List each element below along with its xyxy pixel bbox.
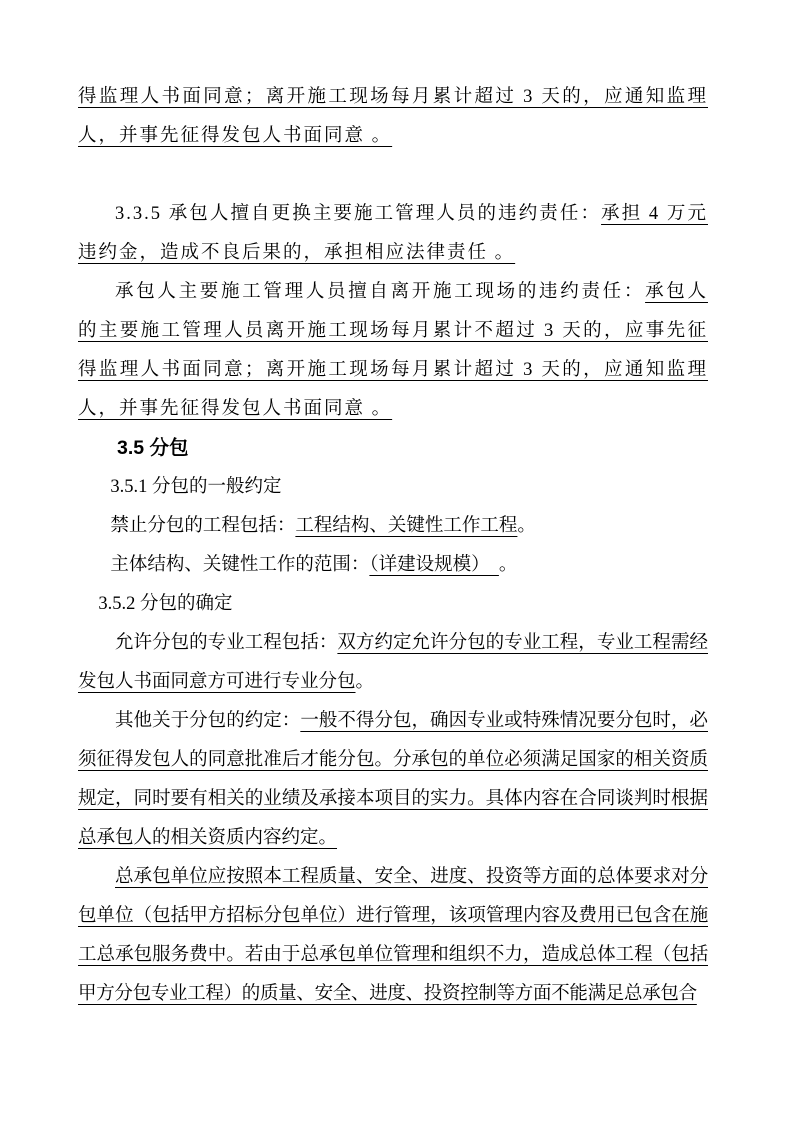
clause-text: 3.5 分包 xyxy=(117,437,189,459)
clause-general-contractor-management: 总承包单位应按照本工程质量、安全、进度、投资等方面的总体要求对分包单位（包括甲方… xyxy=(78,858,708,1014)
clause-other-subcontract-rules: 其他关于分包的约定：一般不得分包，确因专业或特殊情况要分包时，必须征得发包人的同… xyxy=(78,702,708,858)
clause-text: 。 xyxy=(499,555,518,575)
clause-text: 3.5.2 分包的确定 xyxy=(98,594,232,614)
filled-in-text: 承包人的主要施工管理人员离开施工现场每月累计不超过 3 天的，应事先征得监理人书… xyxy=(78,282,708,419)
clause-staff-leaving-liability: 承包人主要施工管理人员擅自离开施工现场的违约责任：承包人的主要施工管理人员离开施… xyxy=(78,273,708,429)
heading-3-5-subcontracting: 3.5 分包 xyxy=(78,429,708,468)
clause-3-3-5-replacement-liability: 3.3.5 承包人擅自更换主要施工管理人员的违约责任：承担 4 万元违约金，造成… xyxy=(78,195,708,273)
clause-text: 3.5.1 分包的一般约定 xyxy=(110,477,281,497)
filled-in-text: 一般不得分包，确因专业或特殊情况要分包时，必须征得发包人的同意批准后才能分包。分… xyxy=(78,711,708,848)
clause-text: 。 xyxy=(517,516,536,536)
clause-text: 禁止分包的工程包括： xyxy=(110,516,295,536)
document-page: 得监理人书面同意；离开施工现场每月累计超过 3 天的，应通知监理人，并事先征得发… xyxy=(0,0,793,1123)
clause-prohibited-subcontract-works: 禁止分包的工程包括：工程结构、关键性工作工程。 xyxy=(78,507,708,546)
clause-text: 允许分包的专业工程包括： xyxy=(115,633,337,653)
clause-3-5-2-subcontract-determination: 3.5.2 分包的确定 xyxy=(78,585,708,624)
filled-in-text: 总承包单位应按照本工程质量、安全、进度、投资等方面的总体要求对分包单位（包括甲方… xyxy=(78,867,708,1004)
filled-in-text: （详建设规模） xyxy=(369,555,499,575)
filled-in-text: 得监理人书面同意；离开施工现场每月累计超过 3 天的，应通知监理人，并事先征得发… xyxy=(78,87,708,146)
clause-main-structure-scope: 主体结构、关键性工作的范围：（详建设规模） 。 xyxy=(78,546,708,585)
clause-text: 其他关于分包的约定： xyxy=(115,711,300,731)
clause-allowed-professional-works: 允许分包的专业工程包括：双方约定允许分包的专业工程，专业工程需经发包人书面同意方… xyxy=(78,624,708,702)
clause-text: 3.3.5 承包人擅自更换主要施工管理人员的违约责任： xyxy=(115,204,601,224)
clause-staff-replacement-continuation: 得监理人书面同意；离开施工现场每月累计超过 3 天的，应通知监理人，并事先征得发… xyxy=(78,78,708,156)
blank-line xyxy=(78,156,708,195)
clause-text: 承包人主要施工管理人员擅自离开施工现场的违约责任： xyxy=(115,282,645,302)
clause-3-5-1-general-rules: 3.5.1 分包的一般约定 xyxy=(78,468,708,507)
filled-in-text: 工程结构、关键性工作工程 xyxy=(295,516,517,536)
clause-text: 。 xyxy=(356,672,375,692)
clause-text: 主体结构、关键性工作的范围： xyxy=(110,555,369,575)
